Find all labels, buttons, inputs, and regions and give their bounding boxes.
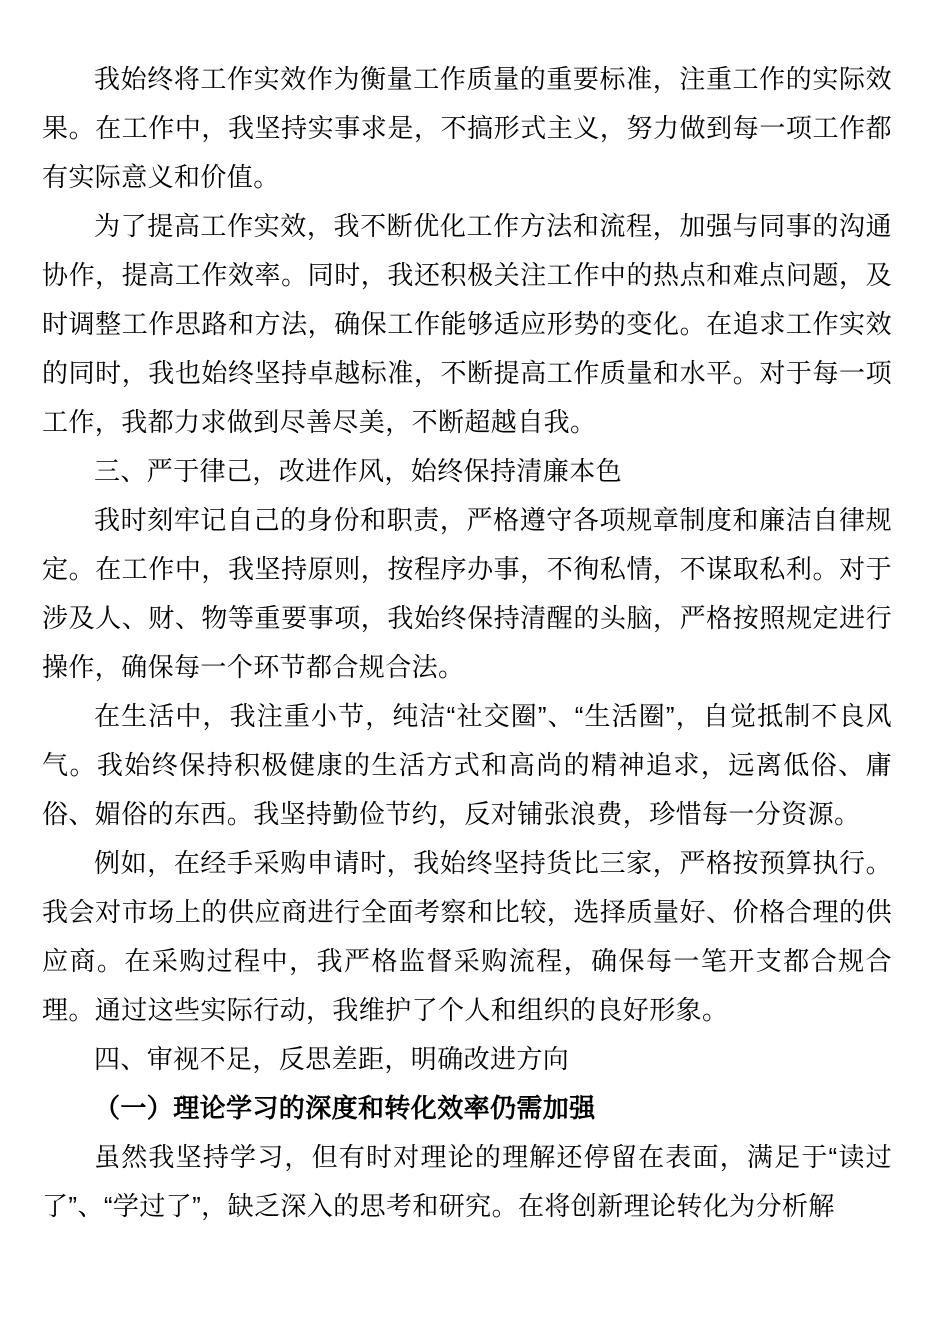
body-paragraph: 为了提高工作实效，我不断优化工作方法和流程，加强与同事的沟通协作，提高工作效率。… bbox=[42, 202, 892, 447]
body-paragraph: 在生活中，我注重小节，纯洁“社交圈”、“生活圈”，自觉抵制不良风气。我始终保持积… bbox=[42, 692, 892, 839]
section-heading: 三、严于律己，改进作风，始终保持清廉本色 bbox=[42, 447, 892, 496]
body-paragraph: 我始终将工作实效作为衡量工作质量的重要标准，注重工作的实际效果。在工作中，我坚持… bbox=[42, 55, 892, 202]
document-content: 我始终将工作实效作为衡量工作质量的重要标准，注重工作的实际效果。在工作中，我坚持… bbox=[42, 55, 892, 1231]
sub-heading: （一）理论学习的深度和转化效率仍需加强 bbox=[42, 1084, 892, 1133]
body-paragraph: 我时刻牢记自己的身份和职责，严格遵守各项规章制度和廉洁自律规定。在工作中，我坚持… bbox=[42, 496, 892, 692]
document-page: 我始终将工作实效作为衡量工作质量的重要标准，注重工作的实际效果。在工作中，我坚持… bbox=[0, 0, 950, 1344]
body-paragraph: 例如，在经手采购申请时，我始终坚持货比三家，严格按预算执行。我会对市场上的供应商… bbox=[42, 839, 892, 1035]
body-paragraph: 虽然我坚持学习，但有时对理论的理解还停留在表面，满足于“读过了”、“学过了”，缺… bbox=[42, 1133, 892, 1231]
section-heading: 四、审视不足，反思差距，明确改进方向 bbox=[42, 1035, 892, 1084]
